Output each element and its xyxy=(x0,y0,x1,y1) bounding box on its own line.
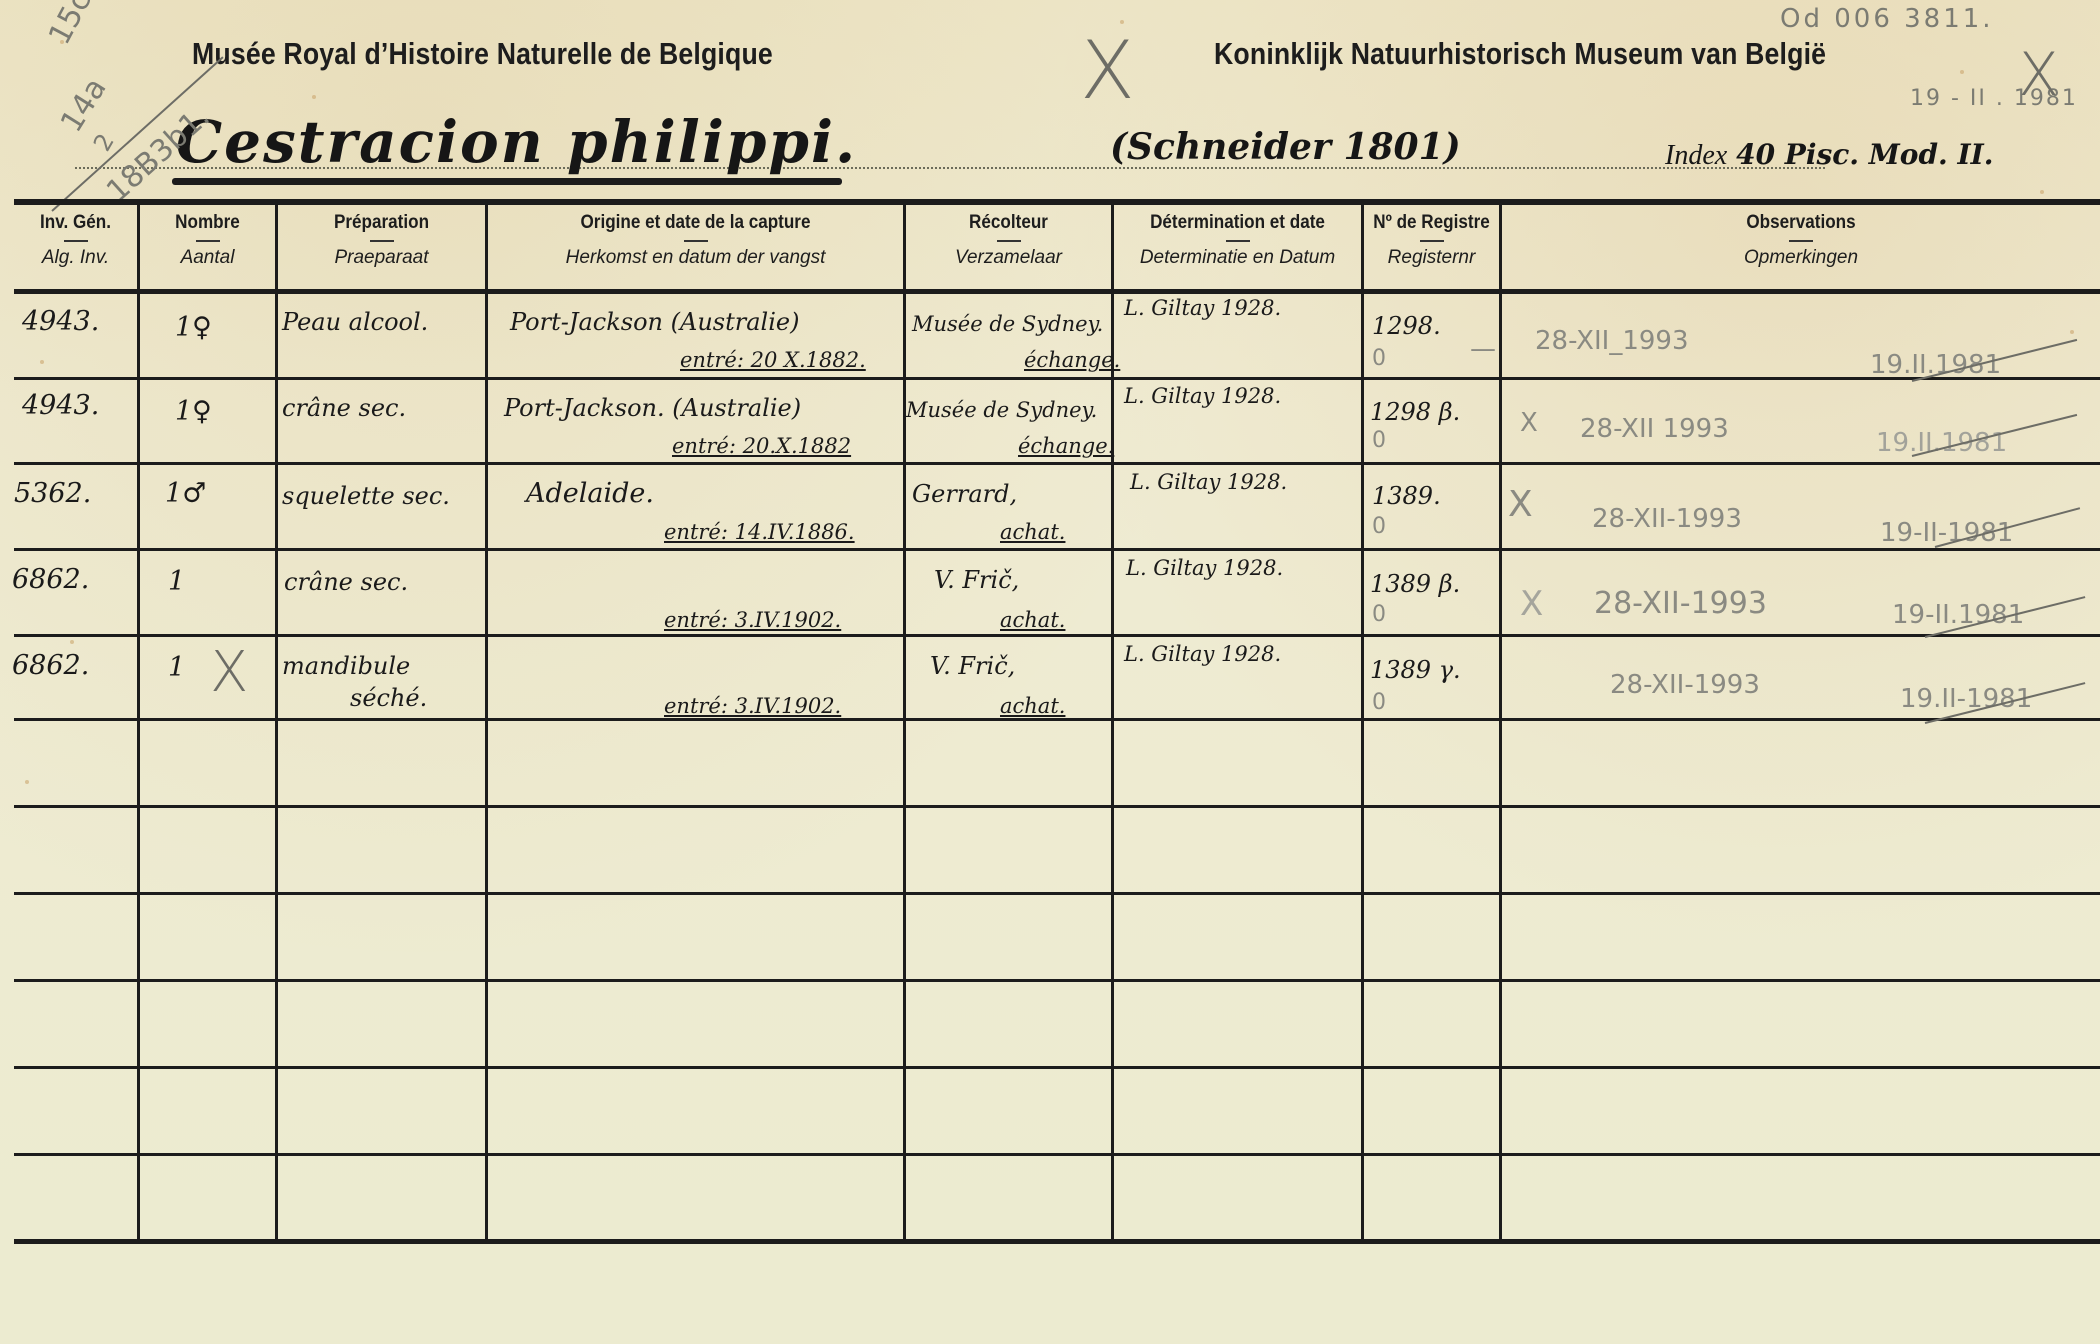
register-number: 1389 γ. xyxy=(1370,656,1461,684)
specimen-count: 1 xyxy=(168,652,185,683)
row-rule xyxy=(14,805,2100,808)
observation-date: 28-XII-1993 xyxy=(1610,670,1760,700)
observation-date-struck: 19.II.1981 xyxy=(1876,428,2007,458)
column-header-preparation: PréparationPraeparaat xyxy=(278,212,485,290)
register-pencil-mark: 0 xyxy=(1372,346,1386,371)
preparation: crâne sec. xyxy=(282,394,406,422)
row-rule xyxy=(14,377,2100,380)
register-number: 1389. xyxy=(1372,482,1441,510)
column-divider xyxy=(137,205,140,1239)
collector-note: achat. xyxy=(1000,694,1065,718)
collector-note: achat. xyxy=(1000,608,1065,632)
species-author: (Schneider 1801) xyxy=(1110,126,1461,168)
column-divider xyxy=(1499,205,1502,1239)
column-header-determination: Détermination et dateDeterminatie en Dat… xyxy=(1114,212,1361,290)
paper-speck xyxy=(1960,70,1964,74)
observation-date: 28-XII-1993 xyxy=(1592,504,1742,534)
column-divider xyxy=(903,205,906,1239)
determination: L. Giltay 1928. xyxy=(1124,296,1281,320)
collector-note: échange. xyxy=(1024,348,1120,372)
entry-date: entré: 3.IV.1902. xyxy=(664,694,841,718)
observation-date: 28-XII_1993 xyxy=(1535,326,1689,356)
specimen-count: 1♀ xyxy=(175,312,212,343)
preparation-line2: séché. xyxy=(350,684,427,712)
column-divider xyxy=(1361,205,1364,1239)
table-top-rule xyxy=(14,199,2100,205)
observation-mark: X xyxy=(1508,484,1533,525)
register-pencil-mark: 0 xyxy=(1372,428,1386,453)
preparation: mandibule xyxy=(282,652,410,680)
column-divider xyxy=(485,205,488,1239)
catalog-number: Od 006 3811. xyxy=(1780,4,1994,34)
entry-date: entré: 14.IV.1886. xyxy=(664,520,855,544)
collector-note: achat. xyxy=(1000,520,1065,544)
inv-number: 4943. xyxy=(22,390,99,421)
collector: Musée de Sydney. xyxy=(912,312,1103,336)
determination: L. Giltay 1928. xyxy=(1124,642,1281,666)
column-header-nombre: NombreAantal xyxy=(140,212,275,290)
institution-title-nl: Koninklijk Natuurhistorisch Museum van B… xyxy=(1214,36,1826,72)
row-rule xyxy=(14,979,2100,982)
species-name: Cestracion philippi. xyxy=(176,108,857,176)
register-pencil-mark: 0 xyxy=(1372,690,1386,715)
preparation: Peau alcool. xyxy=(282,308,428,336)
determination: L. Giltay 1928. xyxy=(1126,556,1283,580)
inv-number: 6862. xyxy=(12,650,89,681)
column-header-origine: Origine et date de la captureHerkomst en… xyxy=(488,212,903,290)
collector: Musée de Sydney. xyxy=(906,398,1097,422)
collector: Gerrard, xyxy=(912,480,1017,508)
column-header-inv: Inv. Gén.Alg. Inv. xyxy=(14,212,137,290)
row-rule xyxy=(14,462,2100,465)
paper-speck xyxy=(40,360,44,364)
row-rule xyxy=(14,1066,2100,1069)
inv-number: 6862. xyxy=(12,564,89,595)
pencil-x-mark-top-right: X xyxy=(2018,40,2059,110)
entry-date: entré: 20.X.1882 xyxy=(672,434,851,458)
column-header-recolteur: RécolteurVerzamelaar xyxy=(906,212,1111,290)
row-rule xyxy=(14,892,2100,895)
register-number: 1298 β. xyxy=(1370,398,1460,426)
specimen-count: 1♀ xyxy=(175,396,212,427)
register-pencil-mark: 0 xyxy=(1372,602,1386,627)
observation-mark: — xyxy=(1470,334,1496,364)
specimen-count: 1♂ xyxy=(165,478,206,509)
column-divider xyxy=(275,205,278,1239)
institution-title-fr: Musée Royal d’Histoire Naturelle de Belg… xyxy=(192,36,773,72)
register-pencil-mark: 0 xyxy=(1372,514,1386,539)
row-rule xyxy=(14,718,2100,721)
register-number: 1298. xyxy=(1372,312,1441,340)
species-underline xyxy=(172,178,842,185)
row-rule xyxy=(14,548,2100,551)
determination: L. Giltay 1928. xyxy=(1130,470,1287,494)
row-rule xyxy=(14,634,2100,637)
paper-speck xyxy=(25,780,29,784)
determination: L. Giltay 1928. xyxy=(1124,384,1281,408)
preparation: crâne sec. xyxy=(284,568,408,596)
entry-date: entré: 3.IV.1902. xyxy=(664,608,841,632)
observation-date: 28-XII-1993 xyxy=(1594,586,1767,621)
paper-speck xyxy=(2040,190,2044,194)
table-bottom-rule xyxy=(14,1239,2100,1244)
origin: Port-Jackson. (Australie) xyxy=(504,394,801,422)
index-value: 40 Pisc. Mod. II. xyxy=(1736,138,1993,171)
collector: V. Frič, xyxy=(934,566,1019,594)
inv-number: 4943. xyxy=(22,306,99,337)
register-number: 1389 β. xyxy=(1370,570,1460,598)
row-rule xyxy=(14,1153,2100,1156)
paper-speck xyxy=(2070,330,2074,334)
index-label: Index xyxy=(1665,140,1727,171)
observation-mark: X xyxy=(1520,408,1538,438)
observation-mark: X xyxy=(1520,584,1543,624)
preparation: squelette sec. xyxy=(282,482,450,510)
paper-speck xyxy=(70,640,74,644)
specimen-count: 1 xyxy=(168,566,185,597)
origin: Adelaide. xyxy=(526,478,654,509)
entry-date: entré: 20 X.1882. xyxy=(680,348,866,372)
paper-speck xyxy=(312,95,316,99)
origin: Port-Jackson (Australie) xyxy=(510,308,799,336)
pencil-x-mark: X xyxy=(210,640,248,705)
collector: V. Frič, xyxy=(930,652,1015,680)
observation-date: 28-XII 1993 xyxy=(1580,414,1729,444)
collector-note: échange. xyxy=(1018,434,1114,458)
inv-number: 5362. xyxy=(14,478,91,509)
column-header-registre: Nº de RegistreRegisternr xyxy=(1364,212,1499,290)
column-header-observations: ObservationsOpmerkingen xyxy=(1502,212,2100,290)
index-reference: Index 40 Pisc. Mod. II. xyxy=(1665,138,1994,172)
pencil-x-mark-top-center: X xyxy=(1080,24,1135,117)
